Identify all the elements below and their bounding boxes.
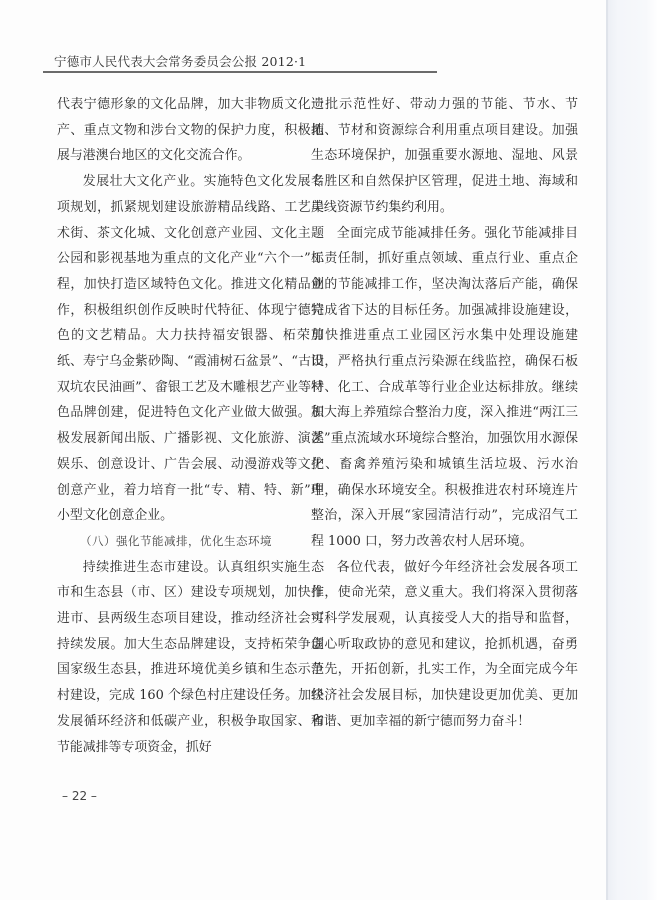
paragraph-continued: 代表宁德形象的文化品牌，加大非物质文化遗产、重点文物和涉台文物的保护力度，积极拓… <box>57 92 324 169</box>
journal-header-title: 宁德市人民代表大会常务委员会公报 2012·1 <box>54 52 306 70</box>
paragraph-closing: 各位代表，做好今年经济社会发展各项工作，使命光荣，意义重大。我们将深入贯彻落实科… <box>311 555 578 735</box>
right-text-column: 一批示范性好、带动力强的节能、节水、节地、节材和资源综合利用重点项目建设。加强生… <box>311 92 578 735</box>
page-edge-shadow <box>606 0 658 900</box>
page-number: – 22 – <box>62 789 97 803</box>
paragraph-ecological-city: 持续推进生态市建设。认真组织实施生态市和生态县（市、区）建设专项规划，加快推进市… <box>57 555 324 761</box>
section-subheading: （八）强化节能减排，优化生态环境 <box>57 529 324 555</box>
document-page: 宁德市人民代表大会常务委员会公报 2012·1 代表宁德形象的文化品牌，加大非物… <box>0 0 606 900</box>
paragraph-cultural-industry: 发展壮大文化产业。实施特色文化发展专项规划，抓紧规划建设旅游精品线路、工艺美术街… <box>57 169 324 529</box>
paragraph-continued: 一批示范性好、带动力强的节能、节水、节地、节材和资源综合利用重点项目建设。加强生… <box>311 92 578 221</box>
paragraph-energy-saving: 全面完成节能减排任务。强化节能减排目标责任制，抓好重点领域、重点行业、重点企业的… <box>311 221 578 555</box>
left-text-column: 代表宁德形象的文化品牌，加大非物质文化遗产、重点文物和涉台文物的保护力度，积极拓… <box>57 92 324 760</box>
header-rule-divider <box>43 71 437 73</box>
page-edge-line <box>606 0 608 900</box>
